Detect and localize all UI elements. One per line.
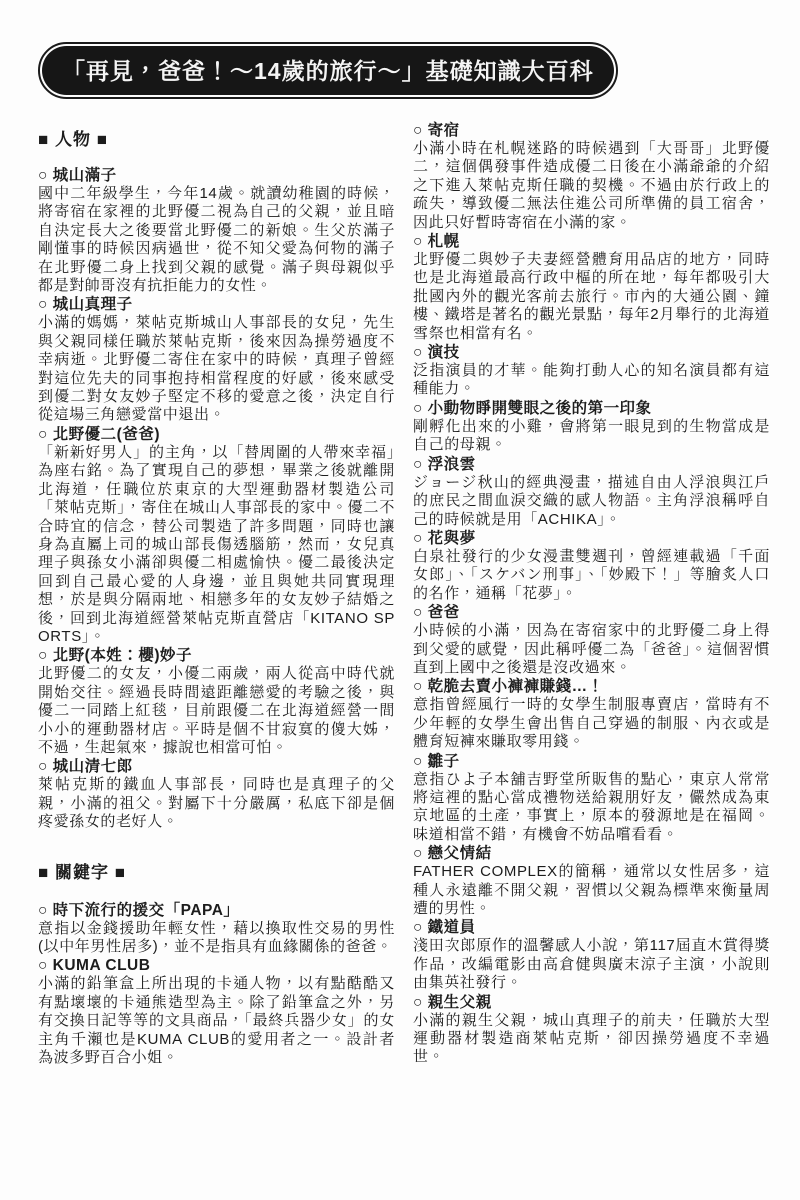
- entry-body: 剛孵化出來的小雞，會將第一眼見到的生物當成是自己的母親。: [413, 418, 770, 455]
- entry-title: ○ KUMA CLUB: [38, 956, 395, 975]
- entry-title: ○ 城山滿子: [38, 166, 395, 185]
- entry-title: ○ 時下流行的援交「PAPA」: [38, 901, 395, 920]
- entry-papa: ○ 爸爸 小時候的小滿，因為在寄宿家中的北野優二身上得到父愛的感覺，因此稱呼優二…: [413, 603, 770, 677]
- entry-father-complex: ○ 戀父情結 FATHER COMPLEX的簡稱，通常以女性居多，這種人永遠離不…: [413, 844, 770, 918]
- entry-acting: ○ 演技 泛指演員的才華。能夠打動人心的知名演員都有這種能力。: [413, 343, 770, 399]
- entry-body: FATHER COMPLEX的簡稱，通常以女性居多，這種人永遠離不開父親，習慣以…: [413, 863, 770, 918]
- entry-sapporo: ○ 札幌 北野優二與妙子夫妻經營體育用品店的地方，同時也是北海道最高行政中樞的所…: [413, 232, 770, 343]
- entry-body: 小滿小時在札幌迷路的時候遇到「大哥哥」北野優二，這個偶發事件造成優二日後在小滿爺…: [413, 140, 770, 232]
- entry-haguregumo: ○ 浮浪雲 ジョージ秋山的經典漫畫，描述自由人浮浪與江戶的庶民之間血淚交織的感人…: [413, 455, 770, 529]
- entry-title: ○ 乾脆去賣小褲褲賺錢…！: [413, 677, 770, 696]
- entry-kitano-taeko: ○ 北野(本姓：櫻)妙子 北野優二的女友，小優二兩歲，兩人從高中時代就開始交往。…: [38, 646, 395, 757]
- entry-title: ○ 城山真理子: [38, 295, 395, 314]
- entry-body: 國中二年級學生，今年14歲。就讀幼稚園的時候，將寄宿在家裡的北野優二視為自己的父…: [38, 185, 395, 295]
- entry-body: 意指以金錢援助年輕女性，藉以換取性交易的男性(以中年男性居多)，並不是指具有血緣…: [38, 920, 395, 957]
- entry-body: ジョージ秋山的經典漫畫，描述自由人浮浪與江戶的庶民之間血淚交織的感人物語。主角浮…: [413, 474, 770, 529]
- encyclopedia-page: 「再見，爸爸！～14歲的旅行～」基礎知識大百科 ■ 人物 ■ ○ 城山滿子 國中…: [0, 0, 800, 1200]
- entry-body: 小滿的鉛筆盒上所出現的卡通人物，以有點酷酷又有點壞壞的卡通熊造型為主。除了鉛筆盒…: [38, 975, 395, 1067]
- entry-body: 小滿的親生父親，城山真理子的前夫，任職於大型運動器材製造商萊帖克斯，卻因操勞過度…: [413, 1012, 770, 1067]
- entry-shiroyama-mariko: ○ 城山真理子 小滿的媽媽，萊帖克斯城山人事部長的女兒，先生與父親同樣任職於萊帖…: [38, 295, 395, 424]
- entry-title: ○ 北野優二(爸爸): [38, 425, 395, 444]
- entry-title: ○ 親生父親: [413, 993, 770, 1012]
- entry-body: 北野優二與妙子夫妻經營體育用品店的地方，同時也是北海道最高行政中樞的所在地，每年…: [413, 251, 770, 343]
- entry-kitano-yuji: ○ 北野優二(爸爸) 「新新好男人」的主角，以「替周圍的人帶來幸福」為座右銘。為…: [38, 425, 395, 646]
- entry-body: 「新新好男人」的主角，以「替周圍的人帶來幸福」為座右銘。為了實現自己的夢想，畢業…: [38, 444, 395, 646]
- entry-title: ○ 浮浪雲: [413, 455, 770, 474]
- entry-title: ○ 鐵道員: [413, 918, 770, 937]
- entry-title: ○ 演技: [413, 343, 770, 362]
- entry-body: 淺田次郎原作的溫馨感人小說，第117屆直木賞得獎作品，改編電影由高倉健與廣末涼子…: [413, 937, 770, 992]
- entry-body: 小滿的媽媽，萊帖克斯城山人事部長的女兒，先生與父親同樣任職於萊帖克斯，後來因為操…: [38, 314, 395, 424]
- entry-kuma-club: ○ KUMA CLUB 小滿的鉛筆盒上所出現的卡通人物，以有點酷酷又有點壞壞的卡…: [38, 956, 395, 1067]
- entry-papa-enjo: ○ 時下流行的援交「PAPA」 意指以金錢援助年輕女性，藉以換取性交易的男性(以…: [38, 901, 395, 957]
- entry-hana-to-yume: ○ 花與夢 白泉社發行的少女漫畫雙週刊，曾經連載過「千面女郎」、「スケバン刑事」…: [413, 529, 770, 603]
- entry-title: ○ 小動物睜開雙眼之後的第一印象: [413, 399, 770, 418]
- entry-body: 白泉社發行的少女漫畫雙週刊，曾經連載過「千面女郎」、「スケバン刑事」、「妙殿下！…: [413, 548, 770, 603]
- left-column: ■ 人物 ■ ○ 城山滿子 國中二年級學生，今年14歲。就讀幼稚園的時候，將寄宿…: [38, 121, 395, 1067]
- entry-railway-man: ○ 鐵道員 淺田次郎原作的溫馨感人小說，第117屆直木賞得獎作品，改編電影由高倉…: [413, 918, 770, 992]
- entry-title: ○ 札幌: [413, 232, 770, 251]
- entry-shiroyama-seishichiro: ○ 城山清七郎 萊帖克斯的鐵血人事部長，同時也是真理子的父親，小滿的祖父。對屬下…: [38, 757, 395, 831]
- two-column-layout: ■ 人物 ■ ○ 城山滿子 國中二年級學生，今年14歲。就讀幼稚園的時候，將寄宿…: [38, 121, 770, 1067]
- entry-title: ○ 寄宿: [413, 121, 770, 140]
- entry-title: ○ 雛子: [413, 752, 770, 771]
- entry-title: ○ 戀父情結: [413, 844, 770, 863]
- entry-lodging: ○ 寄宿 小滿小時在札幌迷路的時候遇到「大哥哥」北野優二，這個偶發事件造成優二日…: [413, 121, 770, 232]
- entry-hiyoko: ○ 雛子 意指ひよ子本舖吉野堂所販售的點心，東京人常常將這裡的點心當成禮物送給親…: [413, 752, 770, 845]
- right-column: ○ 寄宿 小滿小時在札幌迷路的時候遇到「大哥哥」北野優二，這個偶發事件造成優二日…: [413, 121, 770, 1067]
- entry-title: ○ 城山清七郎: [38, 757, 395, 776]
- section-header-keywords: ■ 關鍵字 ■: [38, 858, 395, 883]
- entry-biological-father: ○ 親生父親 小滿的親生父親，城山真理子的前夫，任職於大型運動器材製造商萊帖克斯…: [413, 993, 770, 1067]
- entry-body: 萊帖克斯的鐵血人事部長，同時也是真理子的父親，小滿的祖父。對屬下十分嚴厲，私底下…: [38, 776, 395, 831]
- entry-body: 意指曾經風行一時的女學生制服專賣店，當時有不少年輕的女學生會出售自己穿過的制服、…: [413, 696, 770, 751]
- entry-title: ○ 北野(本姓：櫻)妙子: [38, 646, 395, 665]
- entry-body: 意指ひよ子本舖吉野堂所販售的點心，東京人常常將這裡的點心當成禮物送給親朋好友，儼…: [413, 771, 770, 845]
- page-title-banner: 「再見，爸爸！～14歲的旅行～」基礎知識大百科: [42, 46, 614, 95]
- entry-title: ○ 爸爸: [413, 603, 770, 622]
- entry-imprinting: ○ 小動物睜開雙眼之後的第一印象 剛孵化出來的小雞，會將第一眼見到的生物當成是自…: [413, 399, 770, 455]
- entry-title: ○ 花與夢: [413, 529, 770, 548]
- entry-body: 小時候的小滿，因為在寄宿家中的北野優二身上得到父愛的感覺，因此稱呼優二為「爸爸」…: [413, 622, 770, 677]
- entry-sell-underwear: ○ 乾脆去賣小褲褲賺錢…！ 意指曾經風行一時的女學生制服專賣店，當時有不少年輕的…: [413, 677, 770, 751]
- entry-body: 北野優二的女友，小優二兩歲，兩人從高中時代就開始交往。經過長時間遠距離戀愛的考驗…: [38, 665, 395, 757]
- entry-body: 泛指演員的才華。能夠打動人心的知名演員都有這種能力。: [413, 362, 770, 399]
- section-header-characters: ■ 人物 ■: [38, 125, 395, 150]
- entry-shiroyama-mitsuko: ○ 城山滿子 國中二年級學生，今年14歲。就讀幼稚園的時候，將寄宿在家裡的北野優…: [38, 166, 395, 295]
